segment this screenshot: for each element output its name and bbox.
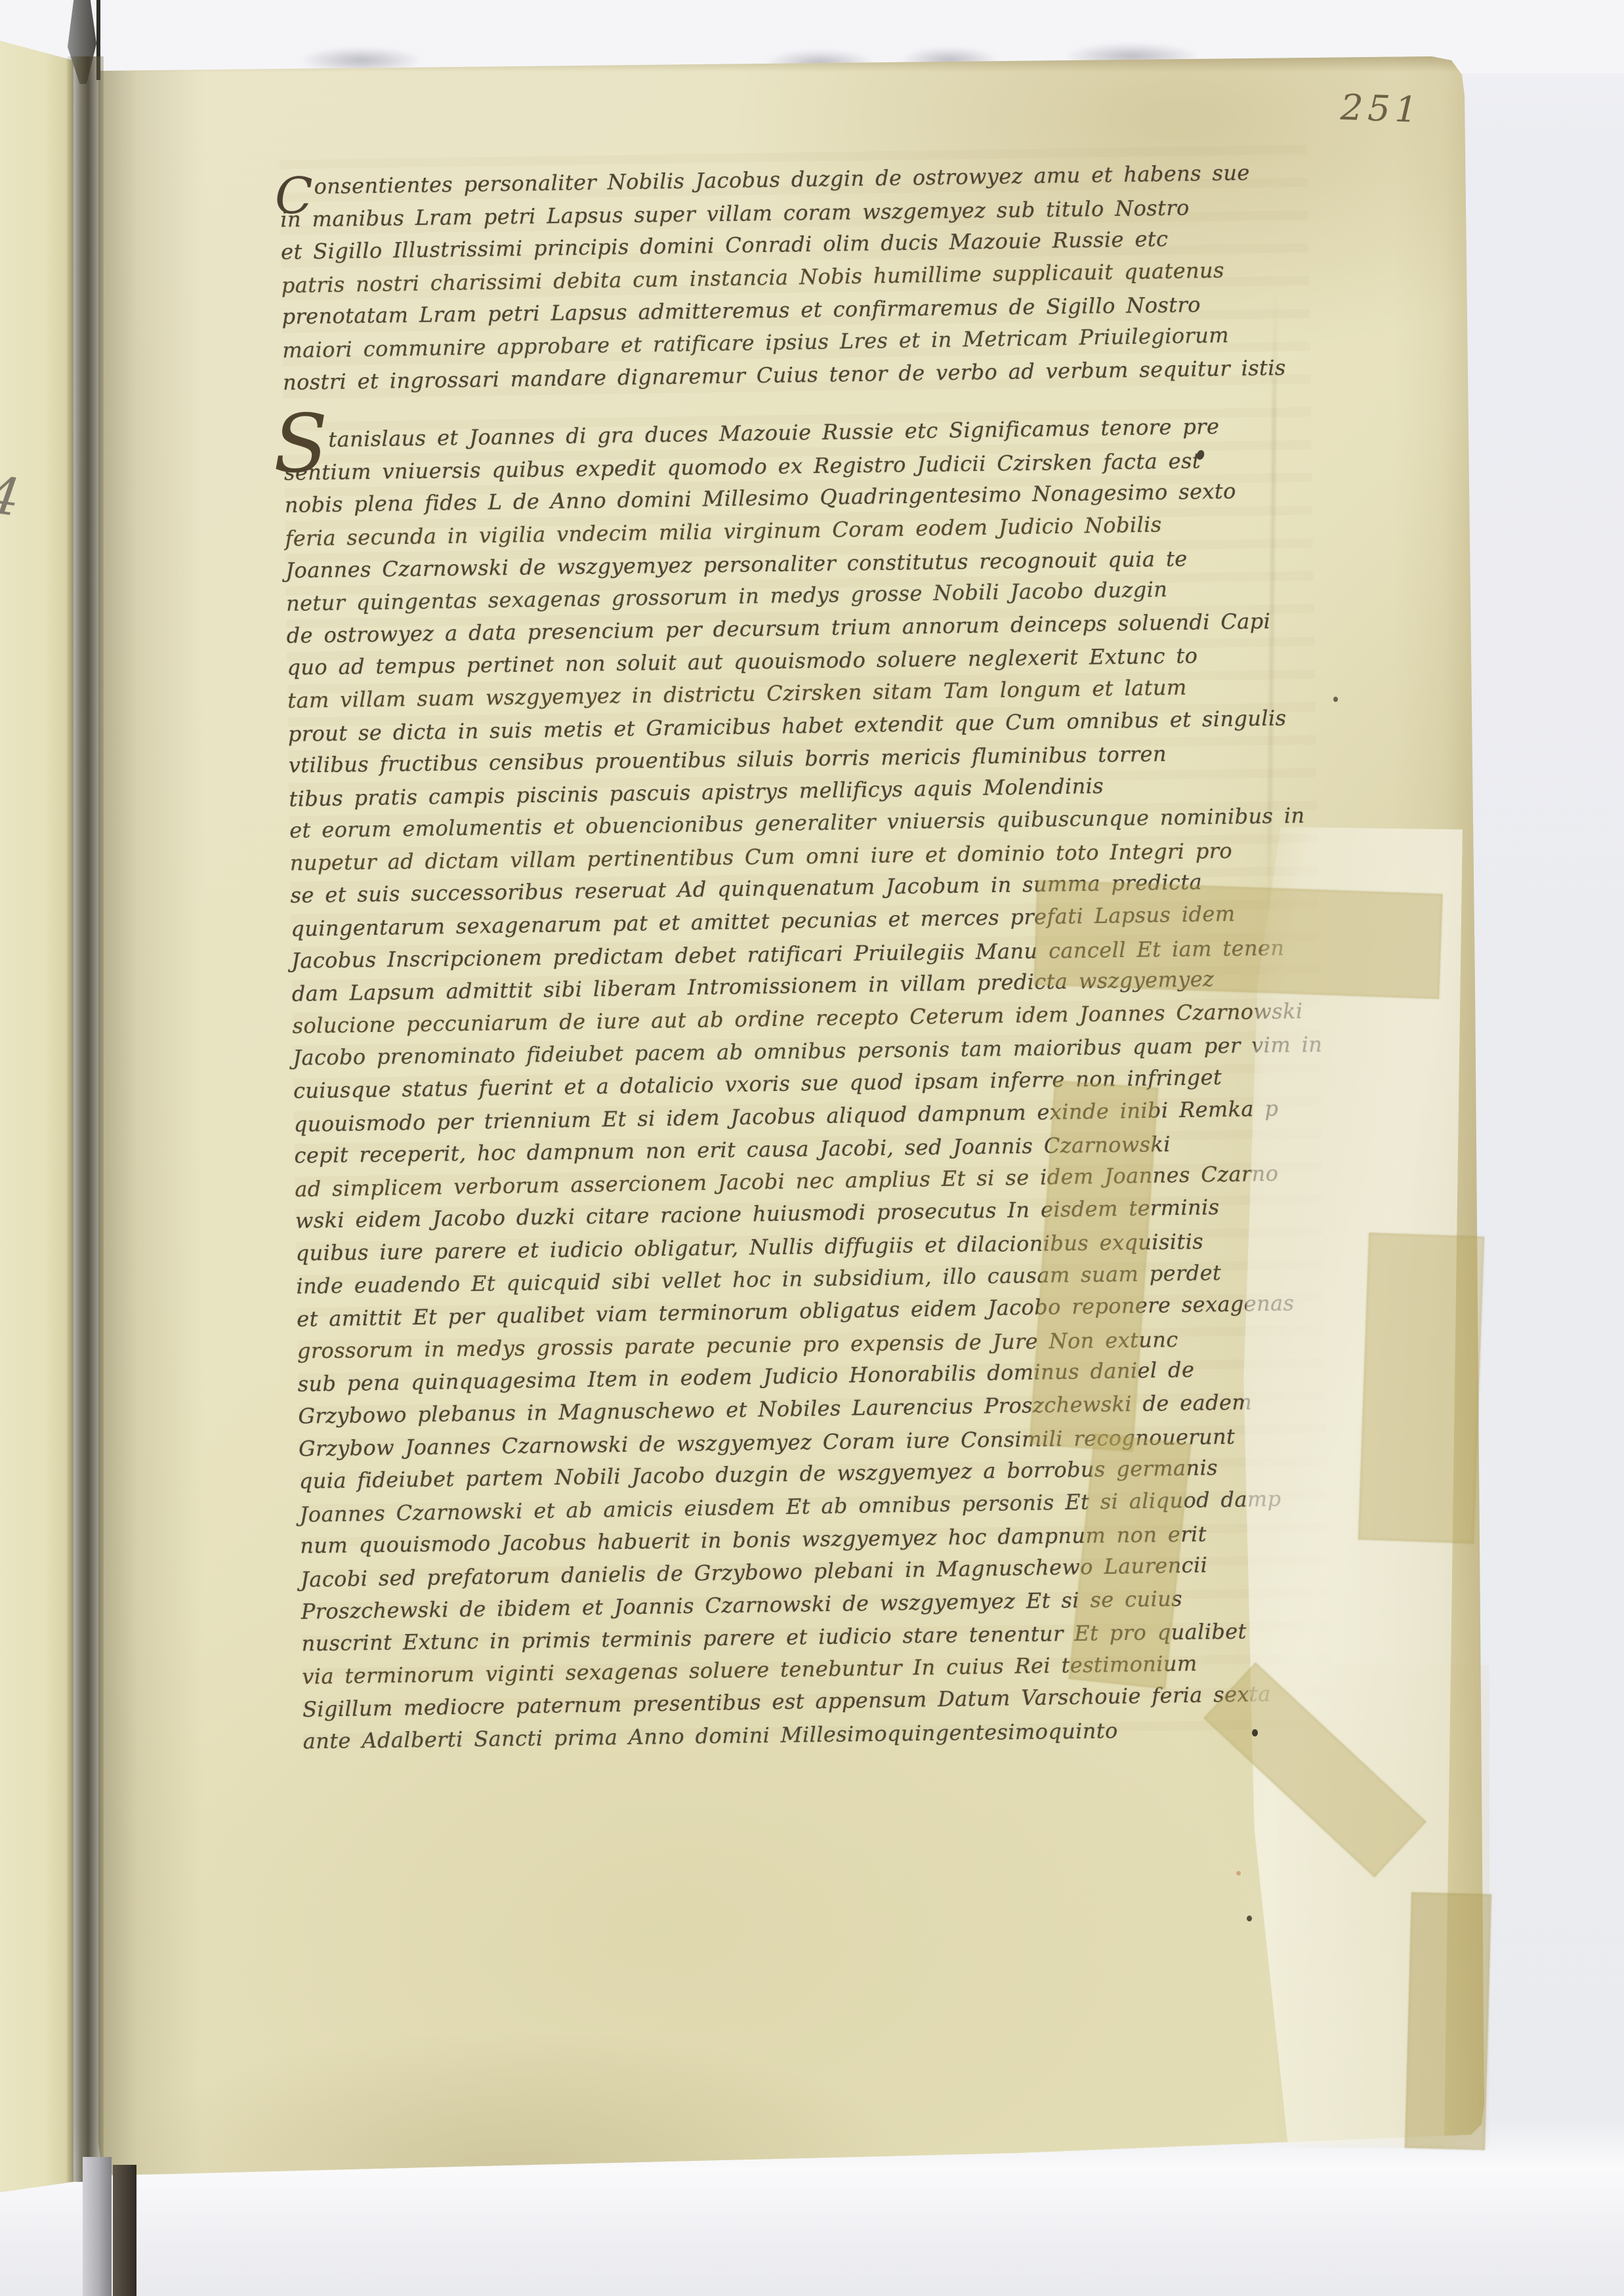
facing-page-edge: 4: [0, 0, 73, 2296]
pigment-speck: [1236, 1871, 1241, 1876]
tape-stain-6: [1405, 1892, 1491, 2150]
ink-speck: [1252, 1729, 1258, 1736]
binding-gutter: [67, 56, 104, 2182]
book-clamp-rod-bottom: [83, 2157, 112, 2296]
tape-stain-1: [1033, 880, 1442, 998]
ink-speck: [1333, 697, 1338, 702]
tape-stain-4: [1358, 1233, 1484, 1544]
paragraph-1: C onsentientes personaliter Nobilis Jaco…: [280, 159, 1310, 402]
folio-number: 251: [1340, 87, 1423, 131]
book-clamp-rod-bottom-shadow: [113, 2165, 136, 2296]
ink-speck: [1247, 1916, 1252, 1921]
facing-page-ink-fragment: 4: [0, 465, 21, 527]
manuscript-scan: 4 251 C onsentientes personaliter Nobili…: [0, 0, 1624, 2296]
